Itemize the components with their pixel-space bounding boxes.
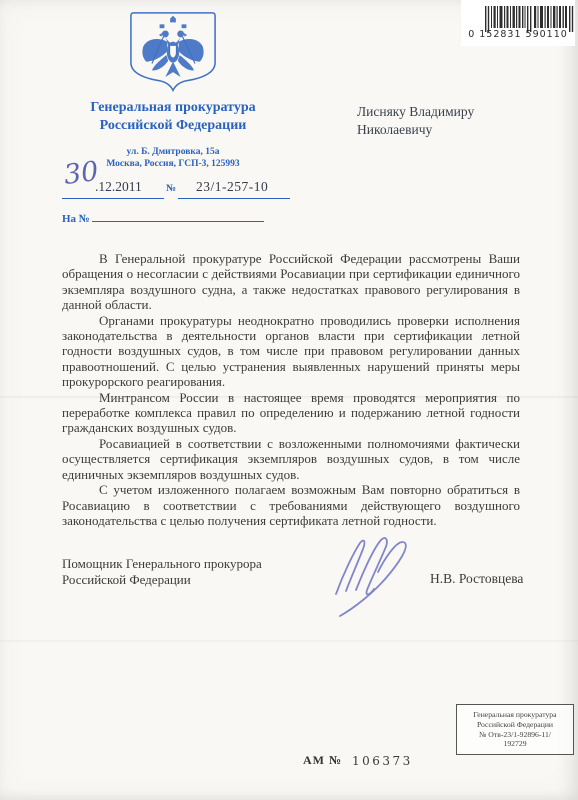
recipient-line1: Лисняку Владимиру (357, 103, 474, 121)
registration-stamp: Генеральная прокуратура Российской Федер… (456, 704, 574, 755)
reply-to-label: На № (62, 213, 90, 225)
form-serial-number: 106373 (352, 754, 413, 768)
paper-crease (0, 640, 578, 643)
stamp-line1: Генеральная прокуратура (460, 710, 570, 720)
doc-number: 23/1-257-10 (196, 179, 268, 195)
recipient-line2: Николаевичу (357, 121, 474, 139)
letter-body: В Генеральной прокуратуре Российской Фед… (62, 251, 520, 528)
handwritten-signature (320, 528, 438, 632)
coat-of-arms-icon (121, 10, 225, 98)
barcode-digits: 0 152831 590110 (462, 29, 574, 40)
org-name-line2: Российской Федерации (38, 117, 308, 135)
recipient-block: Лисняку Владимиру Николаевичу (357, 103, 474, 139)
org-address-line1: ул. Б. Дмитровка, 15а (38, 146, 308, 158)
date-number-line: 30 .12.2011 № 23/1-257-10 (62, 170, 302, 202)
signer-name: Н.В. Ростовцева (430, 571, 523, 587)
date-field: 30 .12.2011 (62, 170, 164, 199)
body-paragraph: С учетом изложенного полагаем возможным … (62, 482, 520, 528)
doc-number-field: 23/1-257-10 (178, 170, 290, 199)
body-paragraph: В Генеральной прокуратуре Российской Фед… (62, 251, 520, 313)
body-paragraph: Росавиацией в соответствии с возложенным… (62, 436, 520, 482)
signoff-title-line2: Российской Федерации (62, 572, 262, 588)
form-series-label: АМ № (303, 753, 342, 768)
org-name-line1: Генеральная прокуратура (38, 99, 308, 117)
stamp-line4: 192729 (460, 739, 570, 749)
org-name: Генеральная прокуратура Российской Федер… (38, 99, 308, 135)
number-sign: № (166, 183, 176, 194)
signoff-title-line1: Помощник Генерального прокурора (62, 556, 262, 572)
signoff-title: Помощник Генерального прокурора Российск… (62, 556, 262, 587)
reply-to-blank-line (92, 207, 264, 222)
typed-date: .12.2011 (95, 179, 142, 195)
body-paragraph: Минтрансом России в настоящее время пров… (62, 390, 520, 436)
stamp-line2: Российской Федерации (460, 720, 570, 730)
body-paragraph: Органами прокуратуры неоднократно провод… (62, 313, 520, 390)
scanned-letter-page: 0 152831 590110 Генеральная прокуратура … (0, 0, 578, 800)
stamp-line3: № Отв-23/1-92896-11/ (460, 730, 570, 740)
reply-to-line: На № (62, 207, 264, 227)
